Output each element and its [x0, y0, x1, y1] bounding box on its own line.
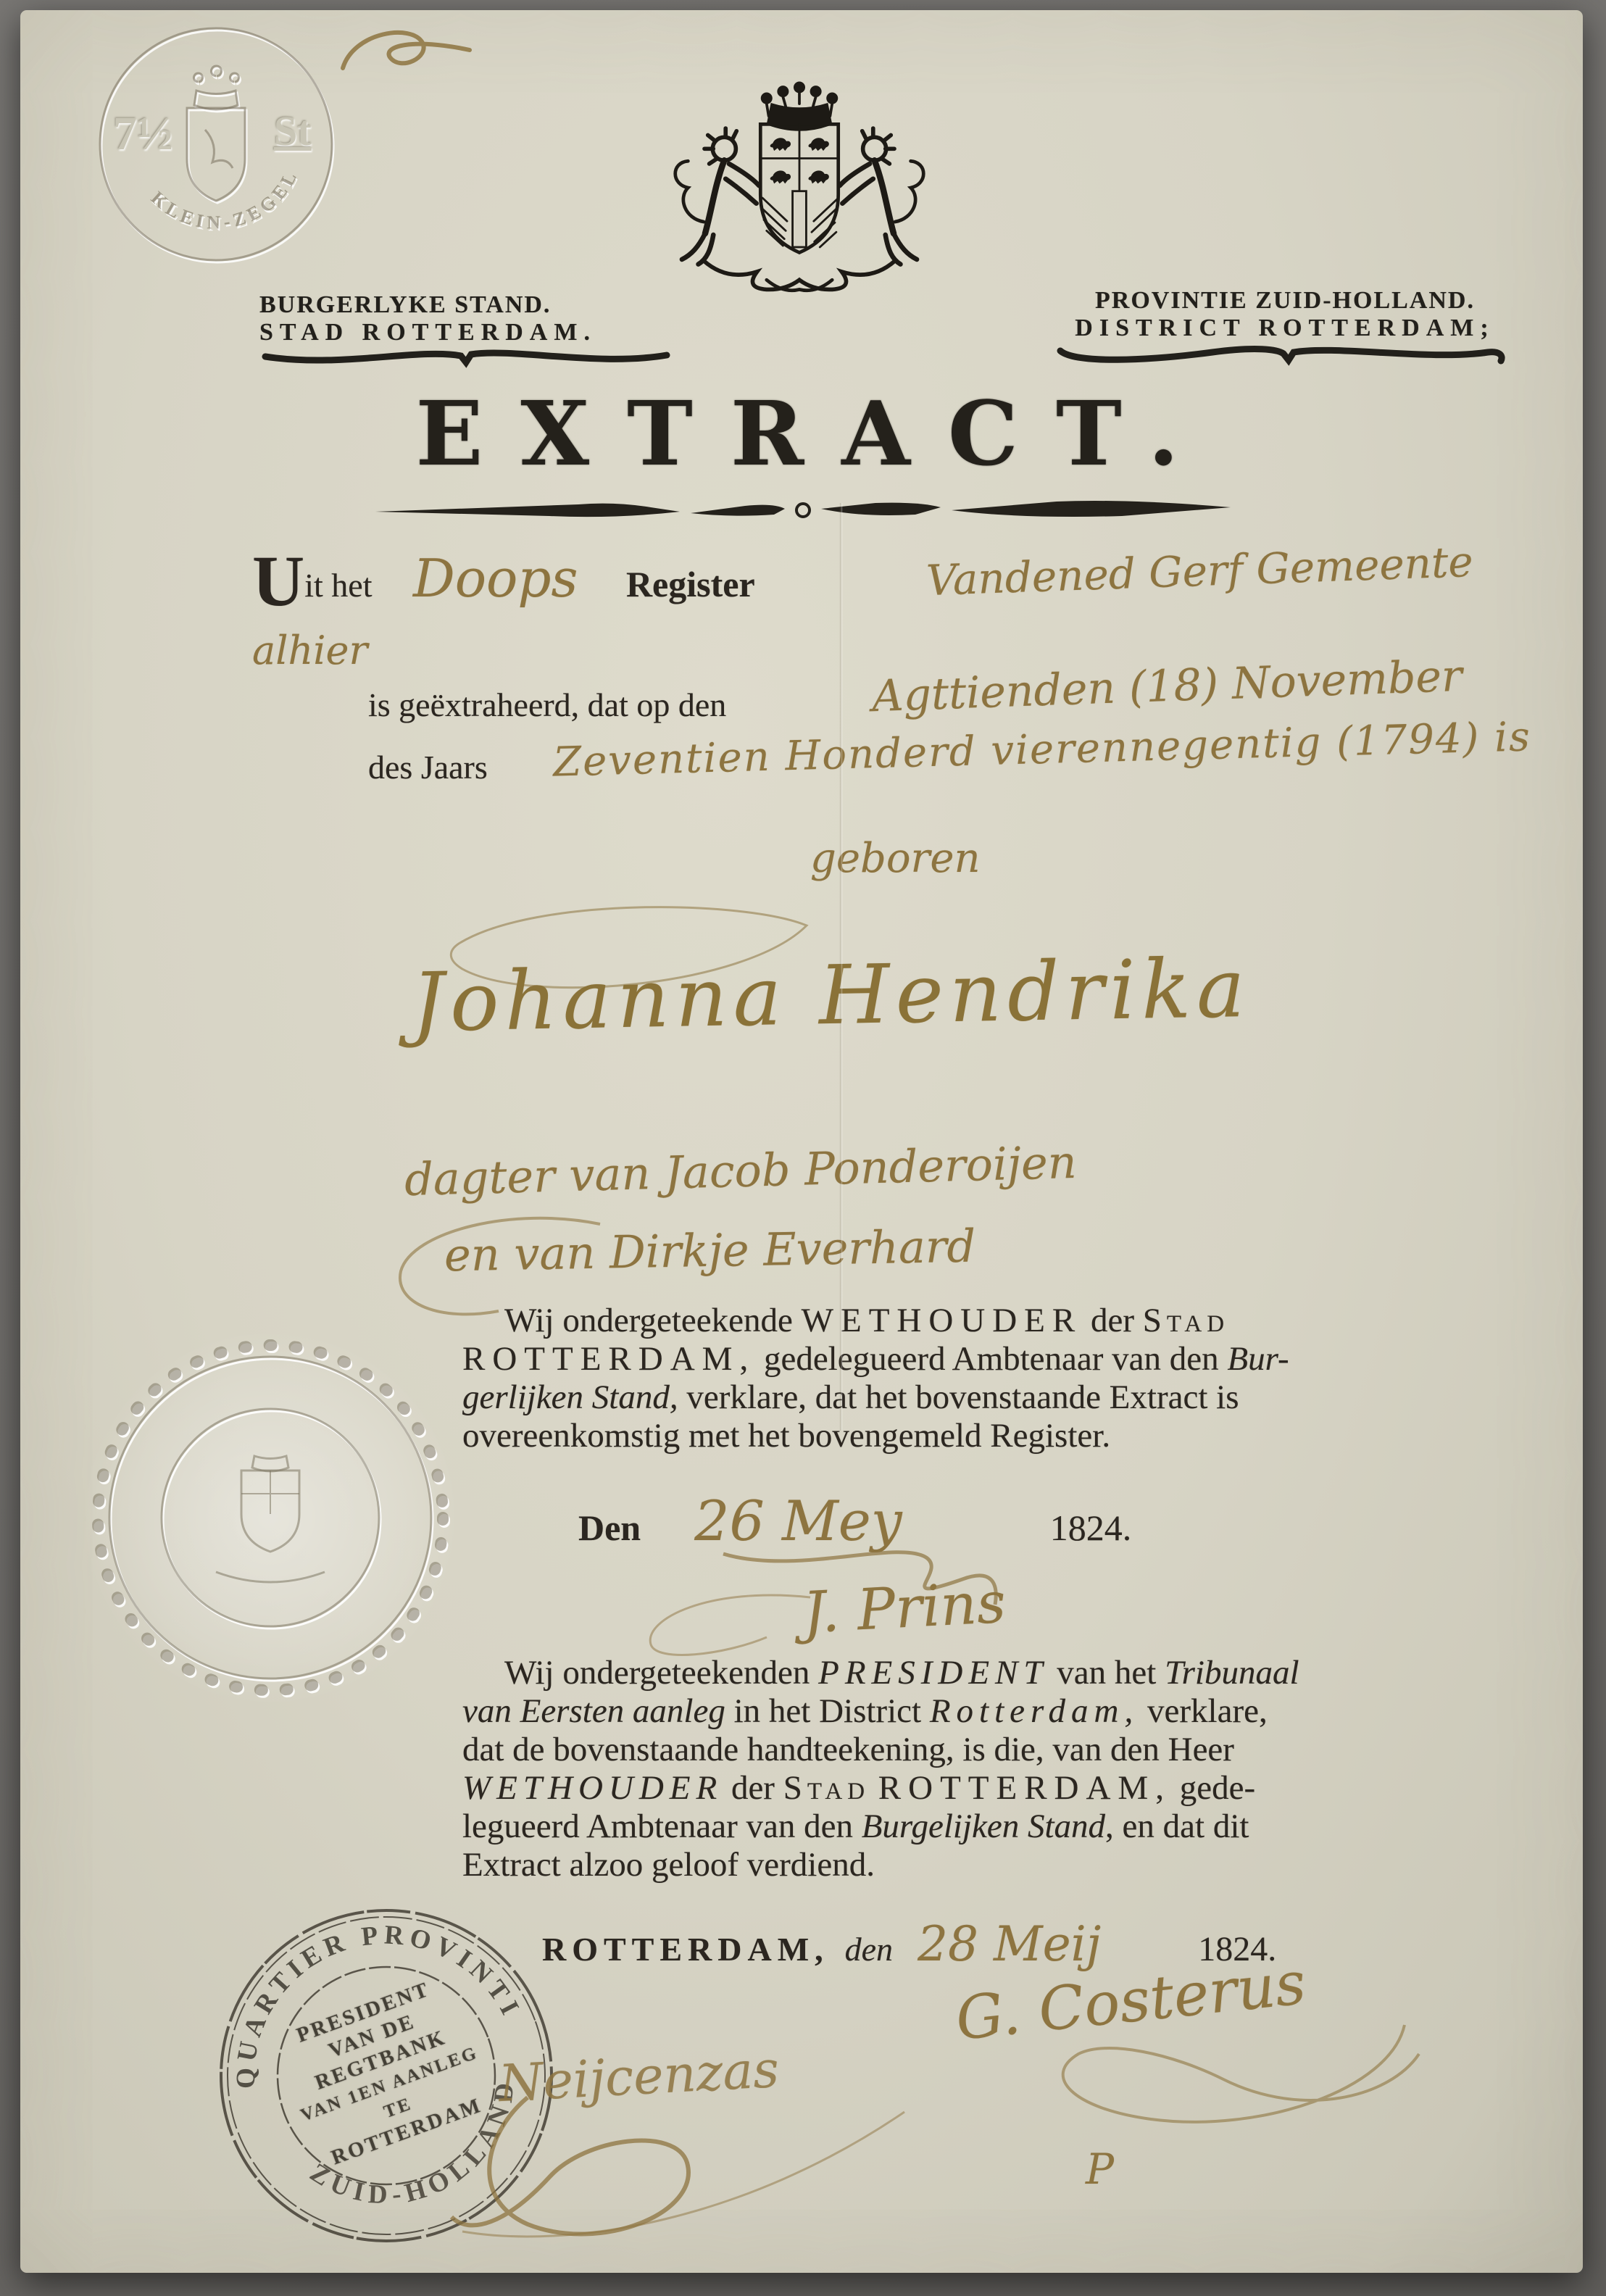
hw-born-word: geboren: [810, 835, 981, 882]
att1-stad: Stad: [1143, 1302, 1229, 1339]
att2-der: der: [723, 1769, 783, 1807]
header-left-line2: STAD ROTTERDAM.: [259, 319, 680, 346]
pen-flourish-sig3: [912, 2010, 1434, 2170]
att2-vanhet: van het: [1049, 1654, 1165, 1692]
document-title: EXTRACT.: [20, 381, 1583, 486]
att1-gerlijken-stand: gerlijken Stand,: [462, 1378, 678, 1416]
att2-space: [870, 1769, 878, 1807]
year-label: des Jaars: [368, 748, 488, 786]
duty-seal-unit: St: [274, 107, 312, 155]
header-left-line1: BURGERLYKE STAND.: [259, 291, 680, 319]
att2-president: PRESIDENT: [818, 1654, 1048, 1692]
att2-wethouder: WETHOUDER: [462, 1769, 723, 1807]
att2-l3-text: dat de bovenstaande handteekening, is di…: [462, 1731, 1234, 1768]
att2-l5-text: legueerd Ambtenaar van den: [462, 1808, 862, 1845]
hw-birth-year: Zeventien Honderd vierennegentig (1794) …: [552, 713, 1531, 786]
intro-line-1: Uit het Doops Register: [252, 548, 755, 609]
hw-father-line: dagter van Jacob Ponderoijen: [404, 1136, 1077, 1206]
hw-child-name: Johanna Hendrika: [411, 941, 1252, 1050]
pen-flourish-top: [332, 17, 491, 97]
attestation-president: Wij ondergeteekenden PRESIDENT van het T…: [462, 1654, 1448, 1884]
header-left-swash: [259, 346, 673, 368]
header-right-swash: [1053, 342, 1517, 367]
att2-rotterdam-sp: ROTTERDAM,: [878, 1769, 1171, 1807]
duty-seal-value: 7½: [113, 107, 173, 162]
att1-l1-text: Wij ondergeteekende: [504, 1302, 802, 1339]
date2-den: den: [845, 1931, 893, 1968]
scan-backdrop: { "document": { "duty_seal": { "value": …: [0, 0, 1606, 2296]
attestation-wethouder: Wij ondergeteekende WETHOUDER der Stad R…: [462, 1302, 1434, 1455]
att2-district: in het District: [725, 1692, 930, 1730]
hw-date2: 28 Meij: [918, 1916, 1101, 1972]
att1-l3-text: verklare, dat het bovenstaande Extract i…: [678, 1378, 1239, 1416]
rotterdam-coat-of-arms: [622, 68, 977, 307]
hw-signature-wethouder: J. Prins: [802, 1571, 1007, 1647]
paper-fold-crease: [839, 503, 843, 1431]
intro-after-dropcap: it het: [304, 567, 372, 604]
att1-der: der: [1082, 1302, 1143, 1339]
register-word: Register: [626, 564, 755, 604]
hw-register-of: Vandened Gerf Gemeente: [925, 537, 1474, 605]
att1-l4-text: overeenkomstig met het bovengemeld Regis…: [462, 1417, 1110, 1455]
att2-l5-end: , en dat dit: [1105, 1808, 1249, 1845]
hw-alhier: alhier: [252, 628, 367, 673]
hw-register-type: Doops: [413, 548, 578, 609]
att2-rotterdam-it: Rotterdam,: [930, 1692, 1139, 1730]
embossed-wafer-seal: [86, 1333, 455, 1702]
header-left: BURGERLYKE STAND. STAD ROTTERDAM.: [259, 291, 680, 375]
hw-birth-day: Agttienden (18) November: [871, 651, 1463, 722]
title-divider-ornament: [368, 494, 1238, 526]
header-right-line2: DISTRICT ROTTERDAM;: [1046, 315, 1524, 342]
extract-statement-line: is geëxtraheerd, dat op den: [368, 686, 726, 724]
att1-l2-text: gedelegueerd Ambtenaar van den: [755, 1340, 1227, 1378]
att2-l1-text: Wij ondergeteekenden: [504, 1654, 818, 1692]
att1-rotterdam: ROTTERDAM,: [462, 1340, 755, 1378]
embossed-duty-seal: KLEIN-ZEGEL KLEIN-ZEGEL 7½ St: [93, 21, 339, 271]
att2-eersten-aanleg: van Eersten aanleg: [462, 1692, 725, 1730]
document-sheet: KLEIN-ZEGEL KLEIN-ZEGEL 7½ St: [20, 10, 1583, 2273]
att1-wethouder: WETHOUDER: [802, 1302, 1083, 1339]
att2-burgelijken-stand: Burgelijken Stand: [862, 1808, 1105, 1845]
intro-dropcap: U: [252, 541, 304, 621]
att1-bur: Bur-: [1227, 1340, 1289, 1378]
att2-stad: Stad: [783, 1769, 870, 1807]
att2-gede: gede-: [1171, 1769, 1255, 1807]
header-right: PROVINTIE ZUID-HOLLAND. DISTRICT ROTTERD…: [1046, 287, 1524, 373]
date1-den: Den: [578, 1507, 641, 1548]
wafer-seal-relief: [86, 1333, 455, 1702]
att2-tribunaal: Tribunaal: [1165, 1654, 1299, 1692]
date2-city: ROTTERDAM,: [542, 1931, 829, 1968]
date1-year: 1824.: [1050, 1507, 1132, 1548]
hw-paraph: P: [1086, 2145, 1114, 2194]
header-right-line1: PROVINTIE ZUID-HOLLAND.: [1046, 287, 1524, 315]
pen-flourish-sig2: [441, 2068, 919, 2286]
att2-l6-text: Extract alzoo geloof verdiend.: [462, 1846, 875, 1884]
att2-verklare: verklare,: [1139, 1692, 1267, 1730]
